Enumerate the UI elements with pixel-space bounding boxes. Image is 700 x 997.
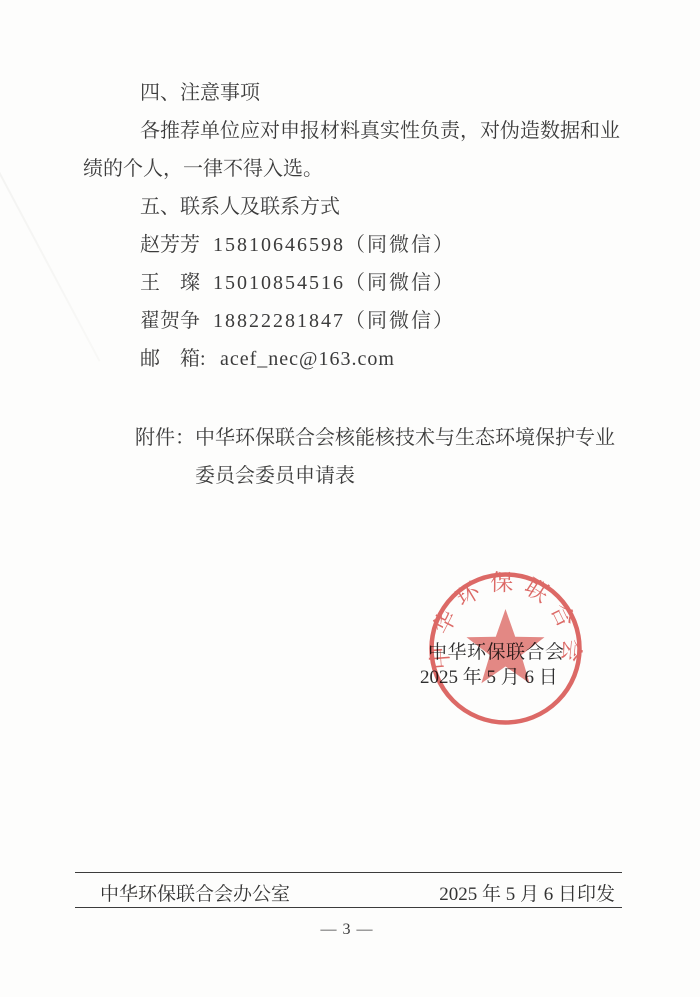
contact-row: 赵芳芳15810646598（同微信） xyxy=(140,234,455,256)
page-number: — 3 — xyxy=(0,921,694,939)
contact-row: 翟贺争18822281847（同微信） xyxy=(140,310,455,332)
seal-star-icon xyxy=(467,609,545,683)
contact-row: 王 璨15010854516（同微信） xyxy=(140,272,455,294)
section4-heading: 四、注意事项 xyxy=(140,82,260,104)
official-seal: 中华环保联合会 xyxy=(418,561,593,736)
email-label: 邮 箱: xyxy=(140,348,213,370)
attachment-label: 附件： xyxy=(135,419,195,495)
scan-fold-artifact xyxy=(0,61,101,362)
attachment-line1: 中华环保联合会核能核技术与生态环境保护专业 xyxy=(195,419,615,457)
contact-name: 翟贺争 xyxy=(140,310,198,332)
contact-name: 赵芳芳 xyxy=(140,234,198,256)
section4-body-line2: 绩的个人，一律不得入选。 xyxy=(83,158,323,180)
contact-phone: 18822281847（同微信） xyxy=(213,310,455,332)
footer-rule-top xyxy=(75,872,622,873)
email-row: 邮 箱:acef_nec@163.com xyxy=(140,348,395,370)
section4-body-line1: 各推荐单位应对申报材料真实性负责，对伪造数据和业 xyxy=(140,120,620,142)
footer-rule-bottom xyxy=(75,907,622,908)
seal-graphic: 中华环保联合会 xyxy=(418,561,593,736)
footer-office: 中华环保联合会办公室 xyxy=(100,879,290,906)
document-page: 四、注意事项 各推荐单位应对申报材料真实性负责，对伪造数据和业 绩的个人，一律不… xyxy=(0,0,700,997)
contact-name: 王 璨 xyxy=(140,272,198,294)
email-address: acef_nec@163.com xyxy=(220,348,395,370)
footer-issue-date: 2025 年 5 月 6 日印发 xyxy=(439,879,615,906)
section5-heading: 五、联系人及联系方式 xyxy=(140,196,340,218)
contact-phone: 15010854516（同微信） xyxy=(213,272,455,294)
attachment-block: 附件： 中华环保联合会核能核技术与生态环境保护专业 委员会委员申请表 xyxy=(135,419,615,495)
attachment-line2: 委员会委员申请表 xyxy=(195,457,615,495)
contact-phone: 15810646598（同微信） xyxy=(213,234,455,256)
